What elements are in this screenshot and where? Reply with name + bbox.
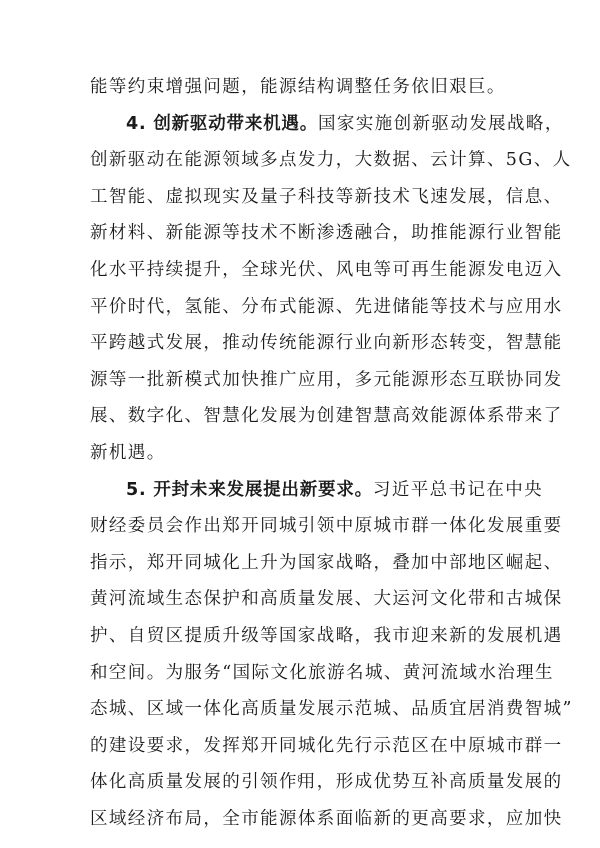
text-line: 工智能、虚拟现实及量子科技等新技术飞速发展，信息、 (90, 179, 500, 216)
text-line: 新机遇。 (90, 435, 500, 472)
text-line: 源等一批新模式加快推广应用，多元能源形态互联协同发 (90, 362, 500, 399)
text-run: 国家实施创新驱动发展战略， (318, 114, 564, 134)
text-line: 平跨越式发展，推动传统能源行业向新形态转变，智慧能 (90, 325, 500, 362)
section-heading-line: 5. 开封未来发展提出新要求。习近平总书记在中央 (90, 472, 500, 509)
text-line: 区域经济布局，全市能源体系面临新的更高要求，应加快 (90, 801, 500, 838)
section-heading-4: 4. 创新驱动带来机遇。 (126, 114, 318, 134)
text-line: 创新驱动在能源领域多点发力，大数据、云计算、5G、人 (90, 142, 500, 179)
text-line: 化水平持续提升，全球光伏、风电等可再生能源发电迈入 (90, 252, 500, 289)
text-line: 和空间。为服务“国际文化旅游名城、黄河流域水治理生 (90, 655, 500, 692)
text-line: 展、数字化、智慧化发展为创建智慧高效能源体系带来了 (90, 398, 500, 435)
text-line: 黄河流域生态保护和高质量发展、大运河文化带和古城保 (90, 581, 500, 618)
text-run: 习近平总书记在中央 (373, 480, 543, 500)
text-line: 平价时代，氢能、分布式能源、先进储能等技术与应用水 (90, 289, 500, 326)
text-line: 指示，郑开同城化上升为国家战略，叠加中部地区崛起、 (90, 545, 500, 582)
text-line: 态城、区域一体化高质量发展示范城、品质宜居消费智城” (90, 691, 500, 728)
section-heading-5: 5. 开封未来发展提出新要求。 (126, 480, 373, 500)
text-line: 的建设要求，发挥郑开同城化先行示范区在中原城市群一 (90, 728, 500, 765)
text-line: 新材料、新能源等技术不断渗透融合，助推能源行业智能 (90, 215, 500, 252)
text-line: 能等约束增强问题，能源结构调整任务依旧艰巨。 (90, 69, 500, 106)
page-number: 8 (0, 774, 600, 785)
text-line: 护、自贸区提质升级等国家战略，我市迎来新的发展机遇 (90, 618, 500, 655)
text-line: 财经委员会作出郑开同城引领中原城市群一体化发展重要 (90, 508, 500, 545)
section-heading-line: 4. 创新驱动带来机遇。国家实施创新驱动发展战略， (90, 106, 500, 143)
document-page: 能等约束增强问题，能源结构调整任务依旧艰巨。 4. 创新驱动带来机遇。国家实施创… (90, 69, 500, 837)
